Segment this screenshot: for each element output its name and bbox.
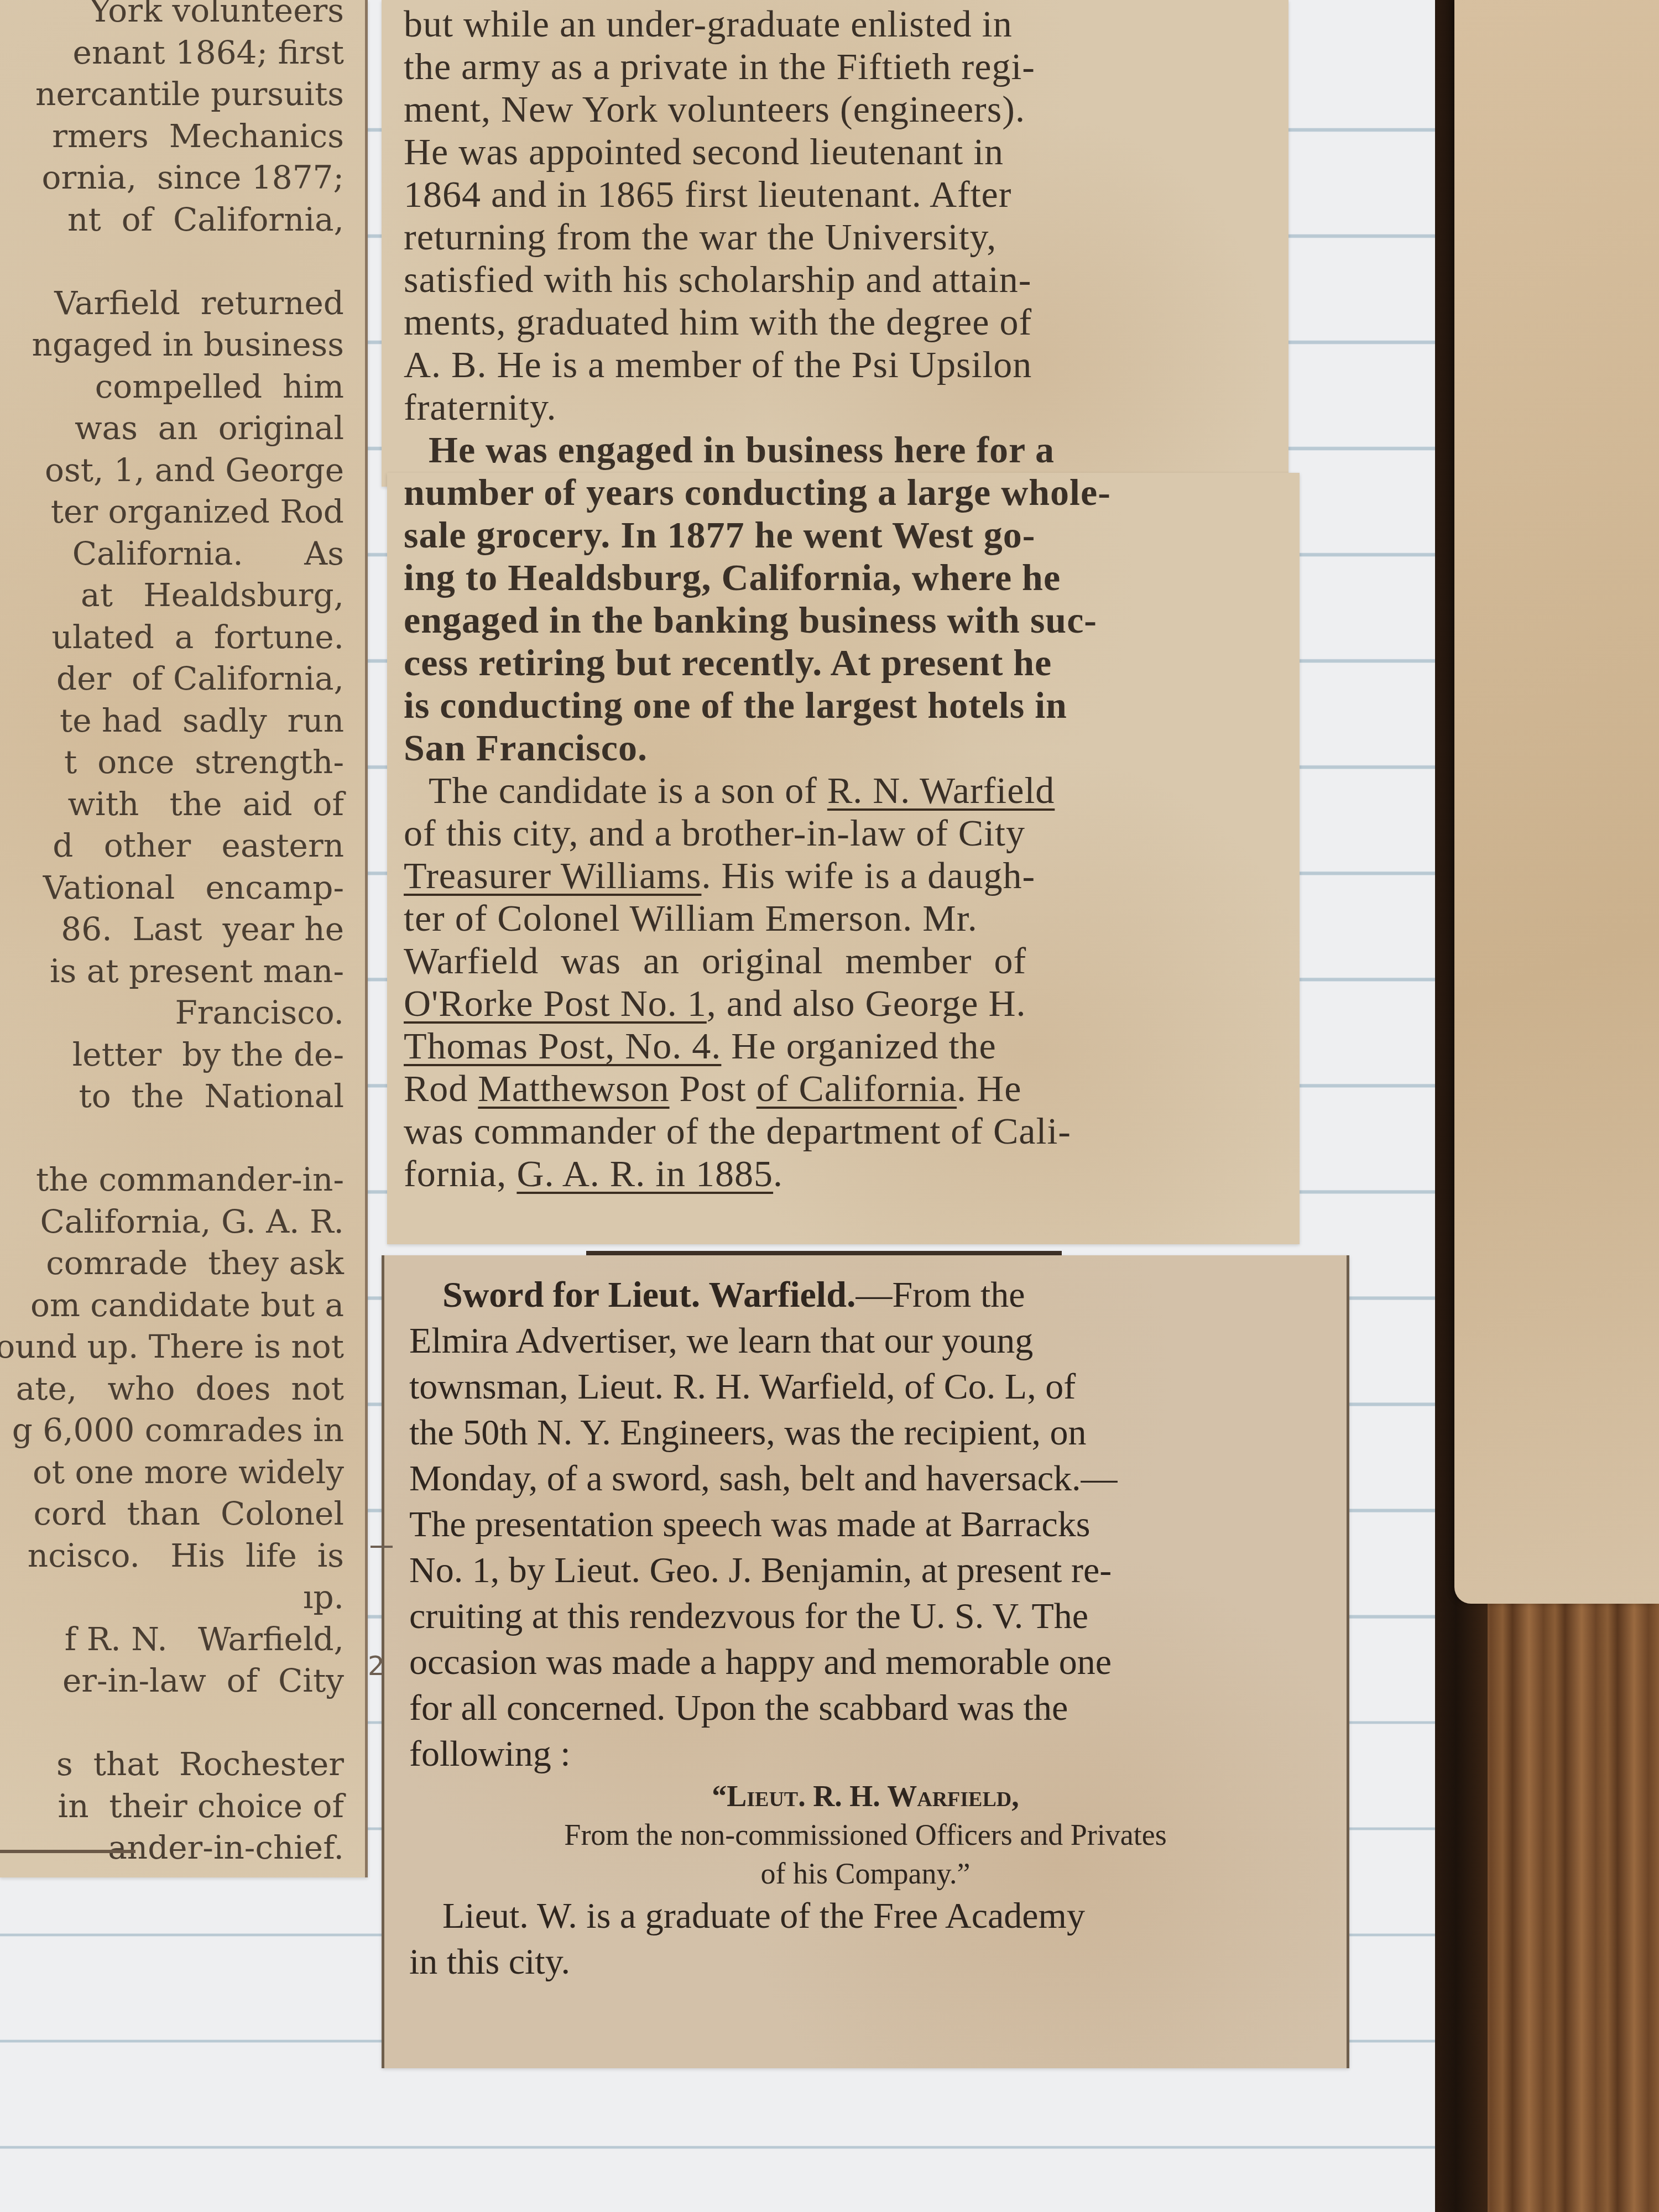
text-line: 86. Last year he xyxy=(0,909,344,951)
text-line: The presentation speech was made at Barr… xyxy=(409,1501,1322,1547)
text-line: letter by the de- xyxy=(0,1034,344,1076)
text-line: at Healdsburg, xyxy=(0,575,344,617)
text-line: the commander-in- xyxy=(0,1159,344,1201)
text-line: No. 1, by Lieut. Geo. J. Benjamin, at pr… xyxy=(409,1547,1322,1593)
text-line: ander-in-chief. xyxy=(0,1827,344,1869)
text-line: is conducting one of the largest hotels … xyxy=(404,684,1277,727)
text-line: returning from the war the University, xyxy=(404,216,1277,258)
text-line: was an original xyxy=(0,408,344,450)
left-clipping: York volunteersenant 1864; firstnercanti… xyxy=(0,0,368,1877)
text-line: ncisco. His life is xyxy=(0,1535,344,1577)
text-line: ngaged in business xyxy=(0,324,344,366)
clipping-divider-rule xyxy=(586,1251,1062,1255)
text-line: following : xyxy=(409,1731,1322,1777)
envelope-edge xyxy=(1454,0,1659,1604)
paragraph-family: The candidate is a son of R. N. Warfield… xyxy=(404,769,1277,1195)
text-line: ulated a fortune. xyxy=(0,617,344,659)
text-line xyxy=(0,1118,344,1160)
text-line: compelled him xyxy=(0,366,344,408)
text-line: with the aid of xyxy=(0,784,344,826)
text-line: nt of California, xyxy=(0,199,344,241)
text-line: s that Rochester xyxy=(0,1744,344,1786)
text-line: ost, 1, and George xyxy=(0,450,344,492)
text-line: sale grocery. In 1877 he went West go- xyxy=(404,514,1277,556)
scabbard-inscription: “Lieut. R. H. Warfield, From the non-com… xyxy=(409,1777,1322,1893)
text-line: comrade they ask xyxy=(0,1243,344,1285)
text-line: but while an under-graduate enlisted in xyxy=(404,3,1277,45)
article-body: Elmira Advertiser, we learn that our you… xyxy=(409,1318,1322,1777)
pencil-number-mark: 2 xyxy=(368,1651,385,1682)
text-line: ing to Healdsburg, California, where he xyxy=(404,556,1277,599)
text-line: ıp. xyxy=(0,1577,344,1619)
text-line: d other eastern xyxy=(0,825,344,867)
text-line: Vational encamp- xyxy=(0,867,344,909)
text-line: ornia, since 1877; xyxy=(0,157,344,199)
text-line: the army as a private in the Fiftieth re… xyxy=(404,45,1277,88)
text-line: A. B. He is a member of the Psi Upsilon xyxy=(404,343,1277,386)
text-line: ate, who does not xyxy=(0,1368,344,1410)
paragraph-business: He was engaged in business here for anum… xyxy=(404,429,1277,769)
text-line: te had sadly run xyxy=(0,700,344,742)
text-line: enant 1864; first xyxy=(0,32,344,74)
underline-matthewson: Matthewson xyxy=(478,1067,669,1109)
text-line: number of years conducting a large whole… xyxy=(404,471,1277,514)
sword-article: Sword for Lieut. Warfield.—From the Elmi… xyxy=(409,1272,1322,1985)
underline-treasurer-williams: Treasurer Williams xyxy=(404,854,701,896)
text-line: Elmira Advertiser, we learn that our you… xyxy=(409,1318,1322,1364)
text-line: f R. N. Warfield, xyxy=(0,1619,344,1661)
text-line: g 6,000 comrades in xyxy=(0,1410,344,1452)
text-line: in their choice of xyxy=(0,1786,344,1828)
text-line: the 50th N. Y. Engineers, was the recipi… xyxy=(409,1410,1322,1455)
text-line: t once strength- xyxy=(0,742,344,784)
text-line: fraternity. xyxy=(404,386,1277,429)
underline-rn-warfield: R. N. Warfield xyxy=(827,769,1055,811)
underline-gar-1885: G. A. R. in 1885 xyxy=(517,1152,773,1194)
text-line: Varfield returned xyxy=(0,283,344,325)
left-clipping-text: York volunteersenant 1864; firstnercanti… xyxy=(0,0,344,1869)
text-line: ot one more widely xyxy=(0,1452,344,1494)
text-line: rmers Mechanics xyxy=(0,116,344,158)
text-line: California. As xyxy=(0,533,344,575)
text-line: He was engaged in business here for a xyxy=(404,429,1277,471)
text-line: ter organized Rod xyxy=(0,491,344,533)
text-line: California, G. A. R. xyxy=(0,1201,344,1243)
text-line: ments, graduated him with the degree of xyxy=(404,301,1277,343)
biography-text: but while an under-graduate enlisted int… xyxy=(404,3,1277,1195)
paragraph-education: but while an under-graduate enlisted int… xyxy=(404,3,1277,429)
text-line: Monday, of a sword, sash, belt and haver… xyxy=(409,1455,1322,1501)
underline-ororke-post: O'Rorke Post No. 1 xyxy=(404,982,707,1024)
text-line xyxy=(0,1702,344,1744)
text-line: townsman, Lieut. R. H. Warfield, of Co. … xyxy=(409,1364,1322,1410)
underline-thomas-post: Thomas Post, No. 4. xyxy=(404,1025,721,1067)
text-line: ment, New York volunteers (engineers). xyxy=(404,88,1277,131)
text-line: York volunteers xyxy=(0,0,344,32)
text-line: San Francisco. xyxy=(404,727,1277,769)
pencil-tick-mark xyxy=(371,1546,393,1548)
text-line: cess retiring but recently. At present h… xyxy=(404,641,1277,684)
text-line: 1864 and in 1865 first lieutenant. After xyxy=(404,173,1277,216)
text-line: engaged in the banking business with suc… xyxy=(404,599,1277,641)
text-line: satisfied with his scholarship and attai… xyxy=(404,258,1277,301)
text-line: cord than Colonel xyxy=(0,1493,344,1535)
text-line: der of California, xyxy=(0,658,344,700)
text-line: cruiting at this rendezvous for the U. S… xyxy=(409,1593,1322,1639)
text-line: ound up. There is not xyxy=(0,1326,344,1368)
text-line: occasion was made a happy and memorable … xyxy=(409,1639,1322,1685)
text-line: Francisco. xyxy=(0,992,344,1034)
text-line: to the National xyxy=(0,1076,344,1118)
text-line: for all concerned. Upon the scabbard was… xyxy=(409,1685,1322,1731)
text-line xyxy=(0,241,344,283)
article-headline: Sword for Lieut. Warfield. xyxy=(442,1275,855,1315)
text-line: is at present man- xyxy=(0,951,344,993)
text-line: om candidate but a xyxy=(0,1285,344,1327)
text-line: nercantile pursuits xyxy=(0,74,344,116)
text-line: er-in-law of City xyxy=(0,1660,344,1702)
text-line: He was appointed second lieutenant in xyxy=(404,131,1277,173)
column-end-rule xyxy=(0,1850,135,1853)
underline-of-california: of California xyxy=(757,1067,957,1109)
